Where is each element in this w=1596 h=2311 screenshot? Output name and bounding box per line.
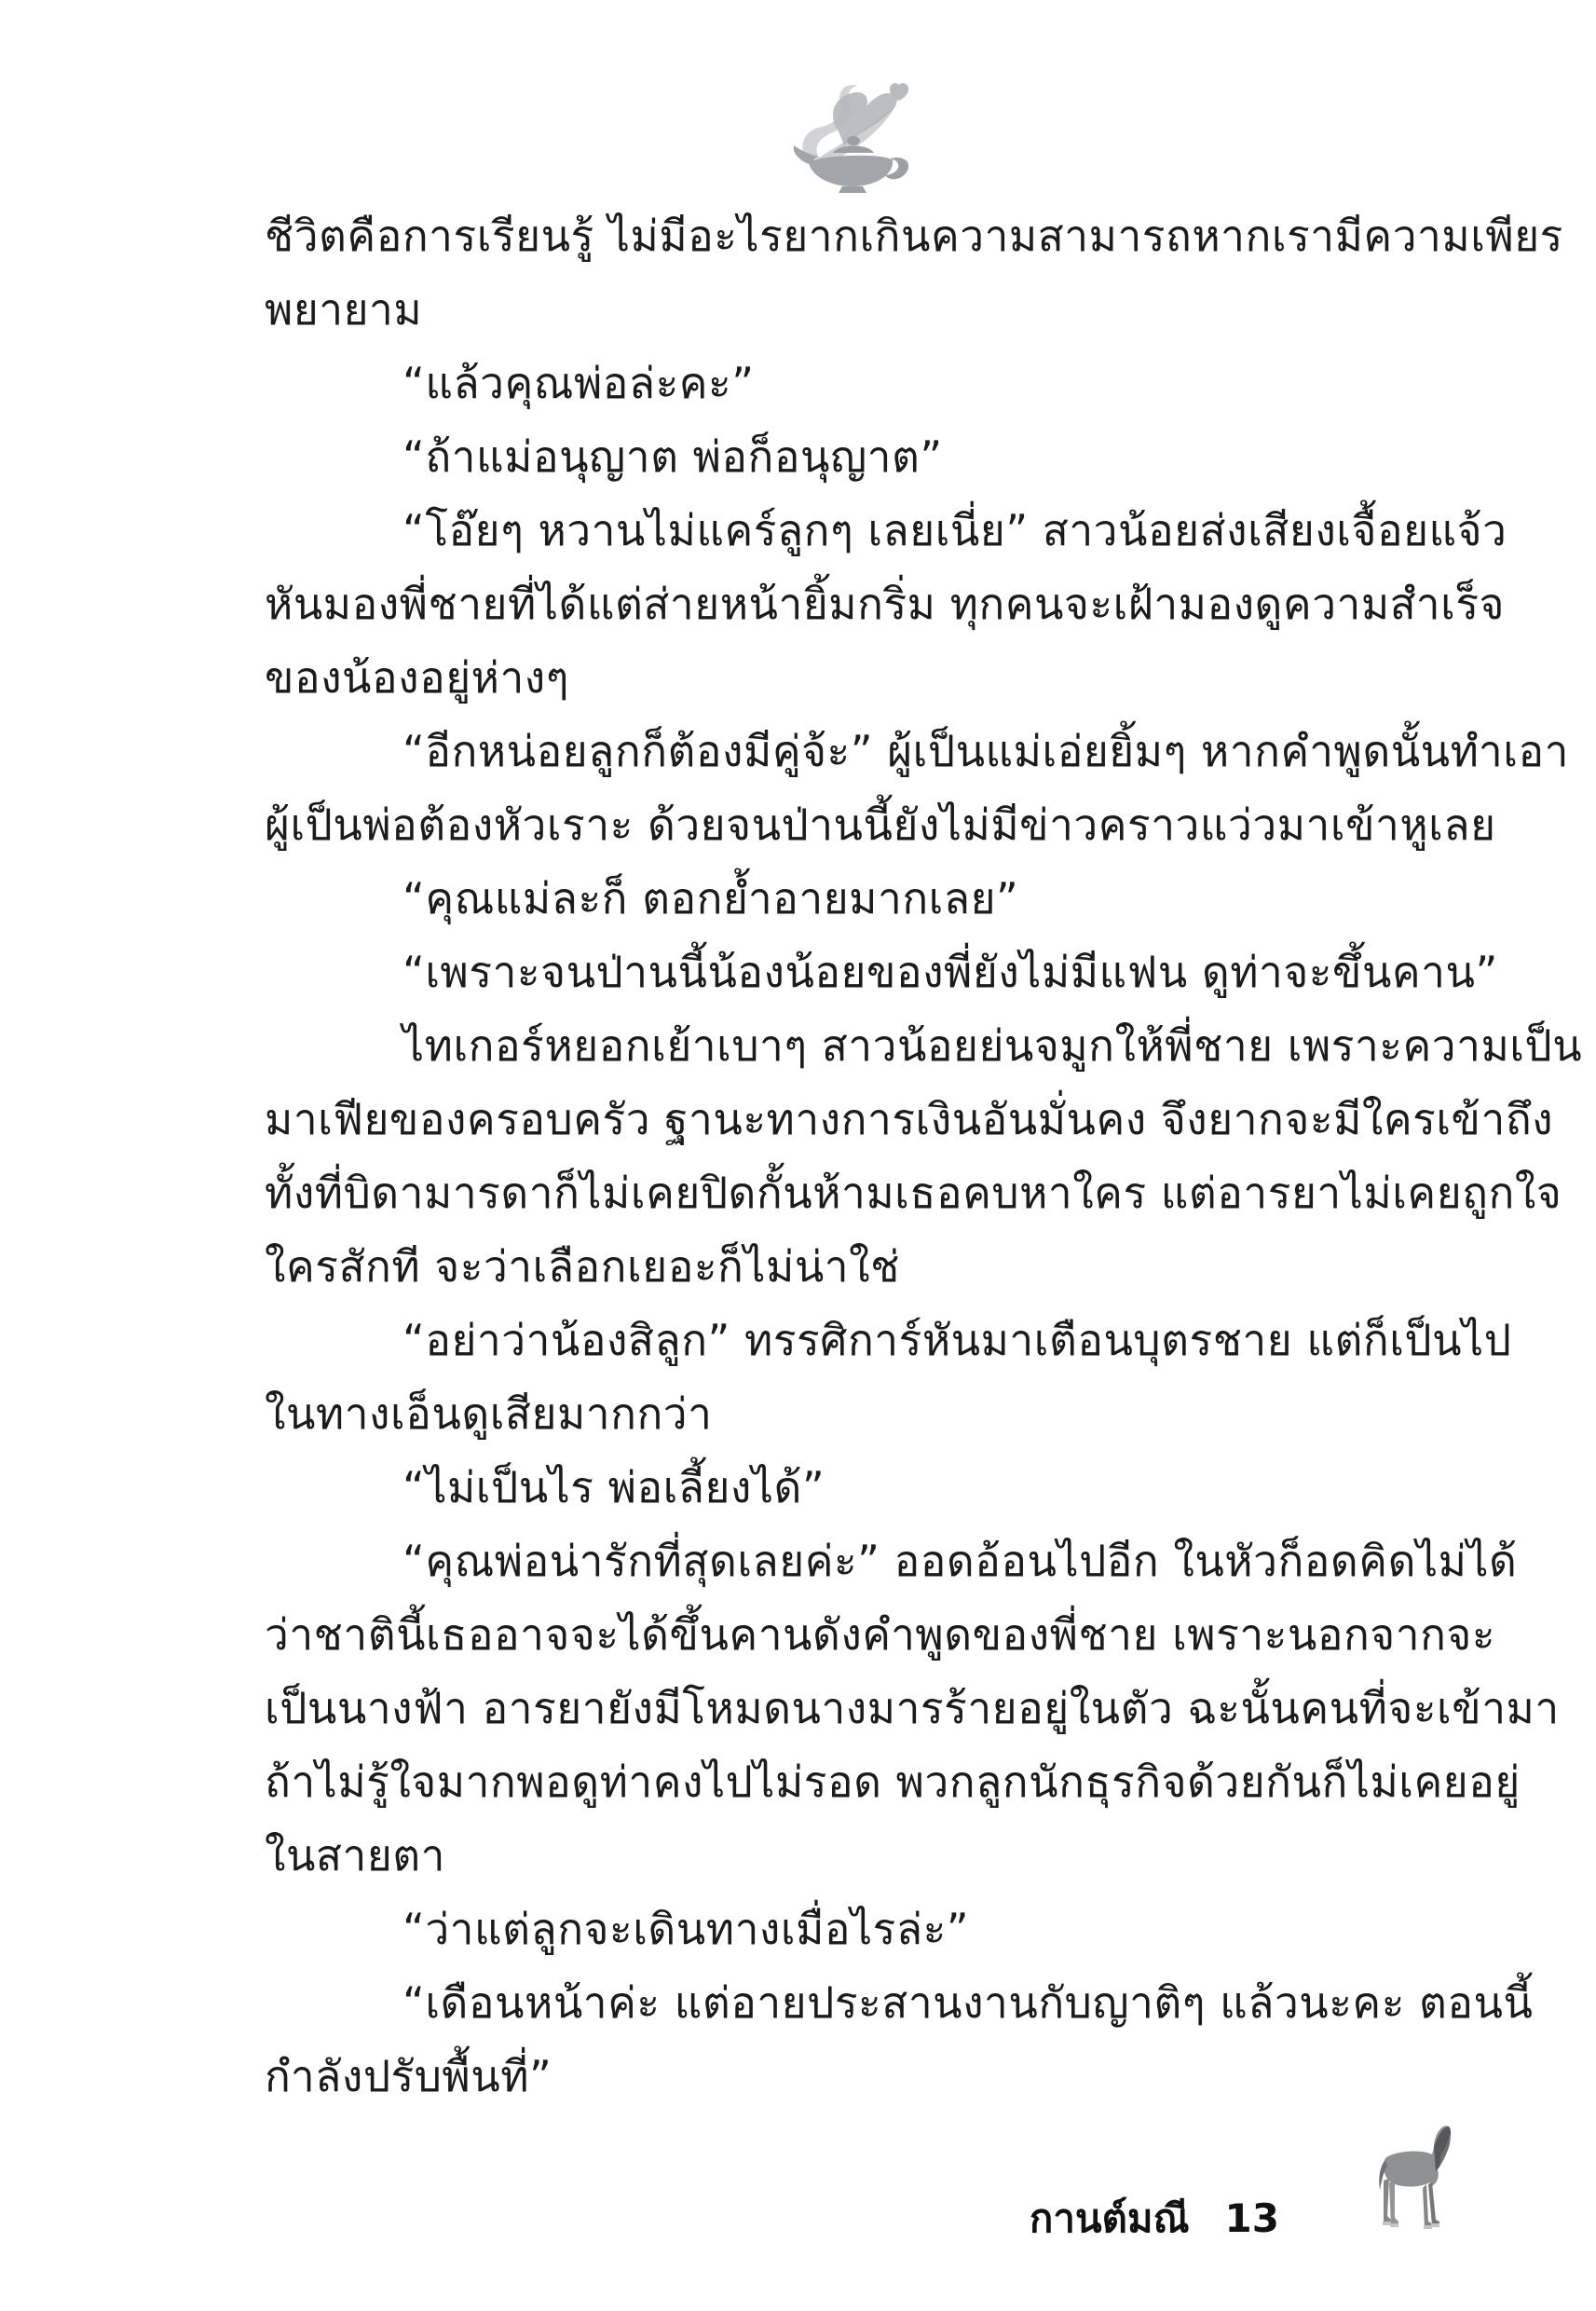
page-number: 13 — [1225, 2195, 1279, 2241]
text-line: ของน้องอยู่ห่างๆ — [265, 641, 1466, 715]
text-line: “คุณแม่ละก็ ตอกย้ำอายมากเลย” — [265, 862, 1466, 936]
text-line: หันมองพี่ชายที่ได้แต่ส่ายหน้ายิ้มกริ่ม ท… — [265, 567, 1466, 641]
text-line: “โอ๊ยๆ หวานไม่แคร์ลูกๆ เลยเนี่ย” สาวน้อย… — [265, 494, 1466, 567]
text-line: “ถ้าแม่อนุญาต พ่อก็อนุญาต” — [265, 420, 1466, 494]
horse-svg — [1372, 2123, 1458, 2240]
text-line: “แล้วคุณพ่อล่ะคะ” — [265, 347, 1466, 420]
genie-lamp-icon — [781, 73, 921, 196]
text-line: ผู้เป็นพ่อต้องหัวเราะ ด้วยจนป่านนี้ยังไม… — [265, 788, 1466, 862]
text-line: เป็นนางฟ้า อารยายังมีโหมดนางมารร้ายอยู่ใ… — [265, 1672, 1466, 1745]
text-line: “ว่าแต่ลูกจะเดินทางเมื่อไรล่ะ” — [265, 1893, 1466, 1966]
text-line: ทั้งที่บิดามารดาก็ไม่เคยปิดกั้นห้ามเธอคบ… — [265, 1156, 1466, 1230]
text-line: ชีวิตคือการเรียนรู้ ไม่มีอะไรยากเกินความ… — [265, 199, 1466, 273]
text-line: พยายาม — [265, 273, 1466, 347]
text-line: “เดือนหน้าค่ะ แต่อายประสานงานกับญาติๆ แล… — [265, 1966, 1466, 2040]
text-line: ไทเกอร์หยอกเย้าเบาๆ สาวน้อยย่นจมูกให้พี่… — [265, 1009, 1466, 1083]
page-footer: กานต์มณี 13 — [0, 2143, 1596, 2274]
text-line: “อย่าว่าน้องสิลูก” ทรรศิการ์หันมาเตือนบุ… — [265, 1304, 1466, 1377]
book-page: ชีวิตคือการเรียนรู้ ไม่มีอะไรยากเกินความ… — [0, 0, 1596, 2311]
horse-icon — [1372, 2123, 1458, 2240]
text-line: “คุณพ่อน่ารักที่สุดเลยค่ะ” ออดอ้อนไปอีก … — [265, 1525, 1466, 1598]
text-line: ว่าชาตินี้เธออาจจะได้ขึ้นคานดังคำพูดของพ… — [265, 1598, 1466, 1672]
text-line: ใครสักที จะว่าเลือกเยอะก็ไม่น่าใช่ — [265, 1230, 1466, 1304]
book-title: กานต์มณี — [1030, 2188, 1190, 2249]
text-line: กำลังปรับพื้นที่” — [265, 2040, 1466, 2113]
running-title: กานต์มณี 13 — [1030, 2188, 1279, 2249]
text-line: ในทางเอ็นดูเสียมากกว่า — [265, 1377, 1466, 1451]
text-line: “อีกหน่อยลูกก็ต้องมีคู่จ้ะ” ผู้เป็นแม่เอ… — [265, 715, 1466, 788]
body-text: ชีวิตคือการเรียนรู้ ไม่มีอะไรยากเกินความ… — [265, 199, 1466, 2113]
genie-lamp-svg — [781, 73, 921, 196]
text-line: มาเฟียของครอบครัว ฐานะทางการเงินอันมั่นค… — [265, 1083, 1466, 1156]
text-line: “เพราะจนป่านนี้น้องน้อยของพี่ยังไม่มีแฟน… — [265, 936, 1466, 1009]
text-line: “ไม่เป็นไร พ่อเลี้ยงได้” — [265, 1451, 1466, 1525]
text-line: ในสายตา — [265, 1819, 1466, 1893]
text-line: ถ้าไม่รู้ใจมากพอดูท่าคงไปไม่รอด พวกลูกนั… — [265, 1745, 1466, 1819]
